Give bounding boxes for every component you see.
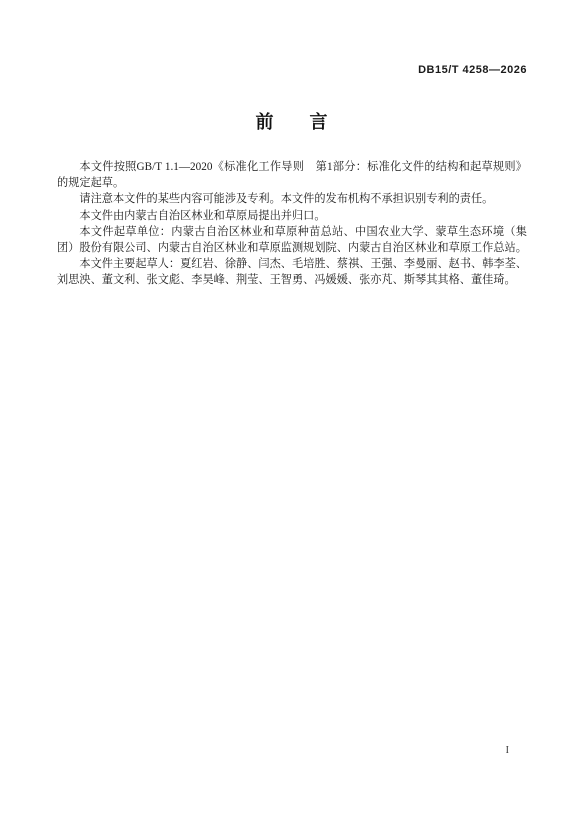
foreword-paragraph-basis: 本文件按照GB/T 1.1—2020《标准化工作导则 第1部分：标准化文件的结构… xyxy=(57,159,527,191)
doc-number-header: DB15/T 4258—2026 xyxy=(57,64,527,76)
foreword-paragraph-drafting-organizations: 本文件起草单位：内蒙古自治区林业和草原种苗总站、中国农业大学、蒙草生态环境（集团… xyxy=(57,224,527,256)
foreword-paragraph-proposer: 本文件由内蒙古自治区林业和草原局提出并归口。 xyxy=(57,208,527,224)
foreword-body: 本文件按照GB/T 1.1—2020《标准化工作导则 第1部分：标准化文件的结构… xyxy=(57,159,527,289)
page-title: 前 言 xyxy=(0,108,583,134)
foreword-paragraph-patent-notice: 请注意本文件的某些内容可能涉及专利。本文件的发布机构不承担识别专利的责任。 xyxy=(57,191,527,207)
foreword-paragraph-drafters: 本文件主要起草人：夏红岩、徐静、闫杰、毛培胜、蔡祺、王强、李曼丽、赵书、韩李荃、… xyxy=(57,256,527,288)
page-number: I xyxy=(57,745,509,756)
document-page: DB15/T 4258—2026 前 言 本文件按照GB/T 1.1—2020《… xyxy=(0,0,583,818)
